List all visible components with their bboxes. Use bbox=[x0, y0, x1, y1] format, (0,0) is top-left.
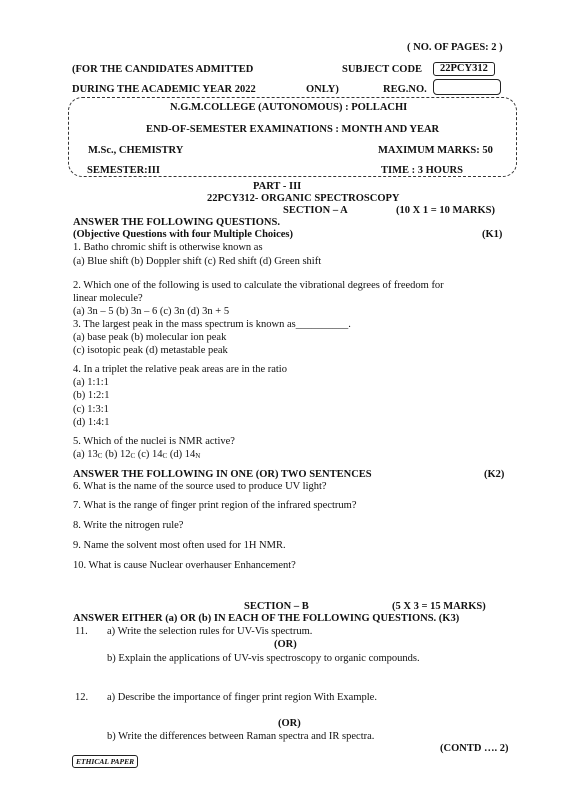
question-4: 4. In a triplet the relative peak areas … bbox=[73, 364, 287, 375]
question-3-options-1: (a) base peak (b) molecular ion peak bbox=[73, 332, 226, 343]
question-11-or: (OR) bbox=[274, 639, 297, 650]
option-c: (c) 14 bbox=[135, 449, 162, 460]
question-4-option-b: (b) 1:2:1 bbox=[73, 390, 109, 401]
part-title: PART - III bbox=[253, 181, 301, 192]
question-9: 9. Name the solvent most often used for … bbox=[73, 540, 286, 551]
section-b-instruction: ANSWER EITHER (a) OR (b) IN EACH OF THE … bbox=[73, 613, 459, 624]
question-12-number: 12. bbox=[75, 692, 88, 703]
question-11-number: 11. bbox=[75, 626, 88, 637]
question-5-options: (a) 13C (b) 12C (c) 14C (d) 14N bbox=[73, 449, 200, 460]
section-a-level: (K1) bbox=[482, 229, 502, 240]
reg-no-label: REG.NO. bbox=[383, 84, 427, 95]
question-12-a: a) Describe the importance of finger pri… bbox=[107, 692, 377, 703]
question-12-or: (OR) bbox=[278, 718, 301, 729]
paper-title: 22PCY312- ORGANIC SPECTROSCOPY bbox=[207, 193, 400, 204]
short-answer-level: (K2) bbox=[484, 469, 504, 480]
short-answer-instruction: ANSWER THE FOLLOWING IN ONE (OR) TWO SEN… bbox=[73, 469, 372, 480]
question-10: 10. What is cause Nuclear overhauser Enh… bbox=[73, 560, 296, 571]
ethical-paper-stamp: ETHICAL PAPER bbox=[72, 755, 138, 768]
question-4-option-d: (d) 1:4:1 bbox=[73, 417, 109, 428]
question-6: 6. What is the name of the source used t… bbox=[73, 481, 327, 492]
option-b: (b) 12 bbox=[102, 449, 130, 460]
semester: SEMESTER:III bbox=[87, 165, 160, 176]
question-8: 8. Write the nitrogen rule? bbox=[73, 520, 183, 531]
question-11-a: a) Write the selection rules for UV-Vis … bbox=[107, 626, 312, 637]
only-label: ONLY) bbox=[306, 84, 339, 95]
question-2: 2. Which one of the following is used to… bbox=[73, 280, 444, 291]
section-a-instruction: ANSWER THE FOLLOWING QUESTIONS. bbox=[73, 217, 280, 228]
subject-code: 22PCY312 bbox=[433, 62, 495, 76]
question-2-cont: linear molecule? bbox=[73, 293, 143, 304]
question-1-options: (a) Blue shift (b) Doppler shift (c) Red… bbox=[73, 256, 321, 267]
question-2-options: (a) 3n – 5 (b) 3n – 6 (c) 3n (d) 3n + 5 bbox=[73, 306, 229, 317]
question-5: 5. Which of the nuclei is NMR active? bbox=[73, 436, 235, 447]
candidates-line-2: DURING THE ACADEMIC YEAR 2022 bbox=[72, 84, 256, 95]
question-3: 3. The largest peak in the mass spectrum… bbox=[73, 319, 351, 330]
course-name: M.Sc., CHEMISTRY bbox=[88, 145, 183, 156]
max-marks: MAXIMUM MARKS: 50 bbox=[378, 145, 493, 156]
section-a-marks: (10 X 1 = 10 MARKS) bbox=[396, 205, 495, 216]
subject-code-box: 22PCY312 bbox=[433, 62, 495, 76]
reg-no-field[interactable] bbox=[433, 79, 501, 95]
section-b-title: SECTION – B bbox=[244, 601, 309, 612]
question-4-option-c: (c) 1:3:1 bbox=[73, 404, 109, 415]
candidates-line-1: (FOR THE CANDIDATES ADMITTED bbox=[72, 64, 253, 75]
question-7: 7. What is the range of finger print reg… bbox=[73, 500, 357, 511]
question-3-options-2: (c) isotopic peak (d) metastable peak bbox=[73, 345, 228, 356]
section-a-sub-instruction: (Objective Questions with four Multiple … bbox=[73, 229, 293, 240]
duration: TIME : 3 HOURS bbox=[381, 165, 463, 176]
subject-code-label: SUBJECT CODE bbox=[342, 64, 422, 75]
section-b-marks: (5 X 3 = 15 MARKS) bbox=[392, 601, 486, 612]
continued-label: (CONTD …. 2) bbox=[440, 743, 509, 754]
question-12-b: b) Write the differences between Raman s… bbox=[107, 731, 374, 742]
college-name: N.G.M.COLLEGE (AUTONOMOUS) : POLLACHI bbox=[170, 102, 407, 113]
option-d-sub: N bbox=[195, 452, 200, 460]
question-4-option-a: (a) 1:1:1 bbox=[73, 377, 109, 388]
option-d: (d) 14 bbox=[167, 449, 195, 460]
section-a-title: SECTION – A bbox=[283, 205, 348, 216]
exam-title: END-OF-SEMESTER EXAMINATIONS : MONTH AND… bbox=[146, 124, 439, 135]
question-11-b: b) Explain the applications of UV-vis sp… bbox=[107, 653, 420, 664]
option-a: (a) 13 bbox=[73, 449, 98, 460]
question-1: 1. Batho chromic shift is otherwise know… bbox=[73, 242, 263, 253]
page-count: ( NO. OF PAGES: 2 ) bbox=[407, 42, 503, 53]
